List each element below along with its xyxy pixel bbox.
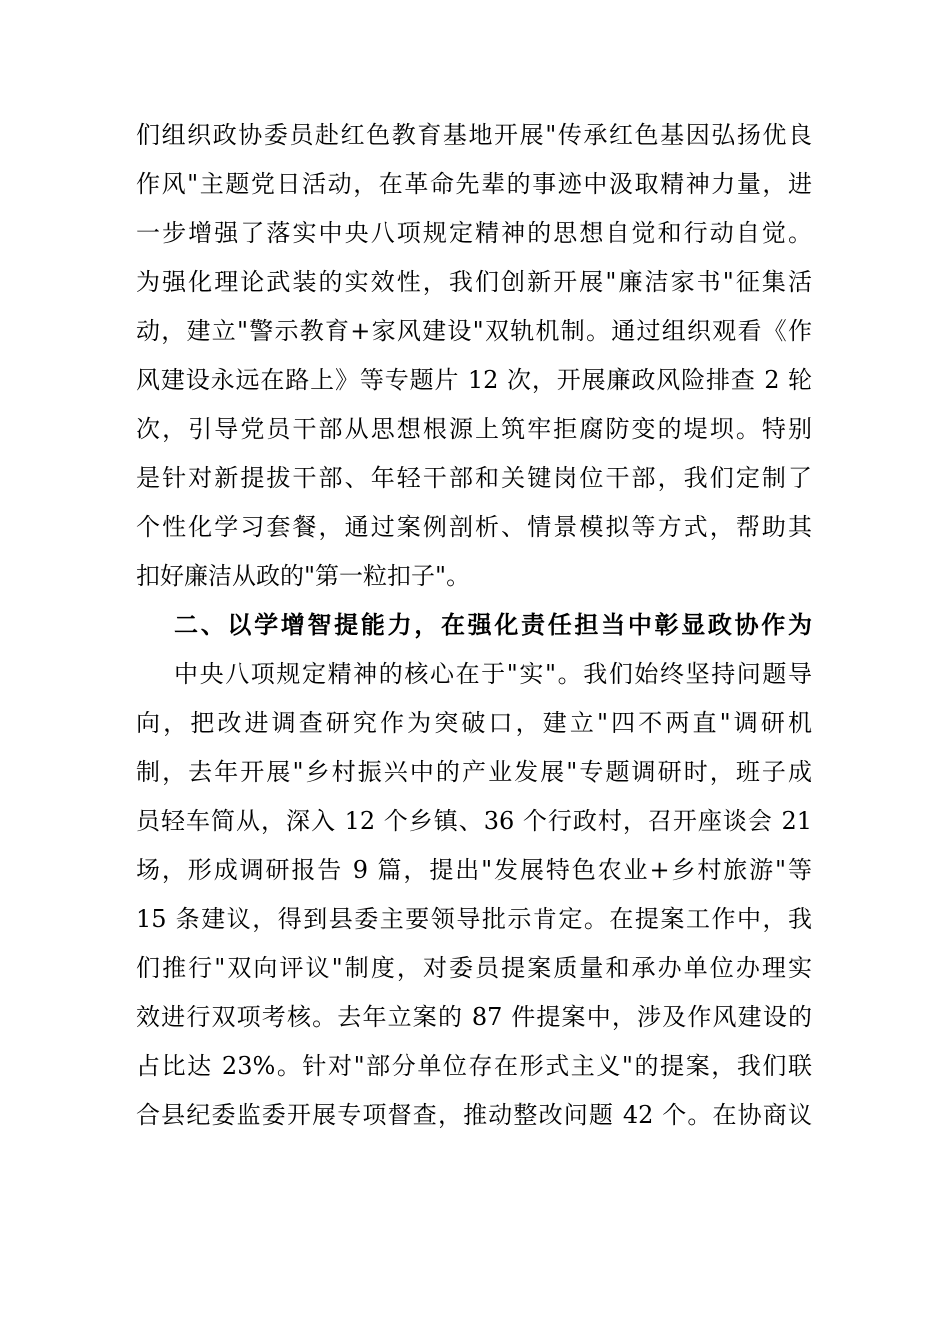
section-heading: 二、以学增智提能力，在强化责任担当中彰显政协作为 [174, 610, 812, 640]
paragraph-line: 风建设永远在路上》等专题片 12 次，开展廉政风险排查 2 轮 [136, 365, 812, 395]
paragraph-line: 制，去年开展"乡村振兴中的产业发展"专题调研时，班子成 [136, 757, 812, 787]
paragraph-line: 员轻车简从，深入 12 个乡镇、36 个行政村，召开座谈会 21 [136, 806, 812, 836]
paragraph-line: 作风"主题党日活动，在革命先辈的事迹中汲取精神力量，进 [136, 169, 812, 199]
paragraph-line: 们组织政协委员赴红色教育基地开展"传承红色基因弘扬优良 [136, 120, 812, 150]
paragraph-line: 15 条建议，得到县委主要领导批示肯定。在提案工作中，我 [136, 904, 812, 934]
paragraph-line: 合县纪委监委开展专项督查，推动整改问题 42 个。在协商议 [136, 1100, 812, 1130]
paragraph-line: 向，把改进调查研究作为突破口，建立"四不两直"调研机 [136, 708, 812, 738]
paragraph-line: 为强化理论武装的实效性，我们创新开展"廉洁家书"征集活 [136, 267, 812, 297]
paragraph-line: 们推行"双向评议"制度，对委员提案质量和承办单位办理实 [136, 953, 812, 983]
paragraph-line: 一步增强了落实中央八项规定精神的思想自觉和行动自觉。 [136, 218, 812, 248]
paragraph-line: 扣好廉洁从政的"第一粒扣子"。 [136, 561, 812, 591]
paragraph-line: 个性化学习套餐，通过案例剖析、情景模拟等方式，帮助其 [136, 512, 812, 542]
paragraph-line: 场，形成调研报告 9 篇，提出"发展特色农业+乡村旅游"等 [136, 855, 812, 885]
document-page: 们组织政协委员赴红色教育基地开展"传承红色基因弘扬优良 作风"主题党日活动，在革… [0, 0, 950, 1344]
paragraph-line: 是针对新提拔干部、年轻干部和关键岗位干部，我们定制了 [136, 463, 812, 493]
paragraph-line: 效进行双项考核。去年立案的 87 件提案中，涉及作风建设的 [136, 1002, 812, 1032]
paragraph-line: 动，建立"警示教育+家风建设"双轨机制。通过组织观看《作 [136, 316, 812, 346]
paragraph-line: 次，引导党员干部从思想根源上筑牢拒腐防变的堤坝。特别 [136, 414, 812, 444]
paragraph-line: 中央八项规定精神的核心在于"实"。我们始终坚持问题导 [174, 659, 812, 689]
paragraph-line: 占比达 23%。针对"部分单位存在形式主义"的提案，我们联 [136, 1051, 812, 1081]
